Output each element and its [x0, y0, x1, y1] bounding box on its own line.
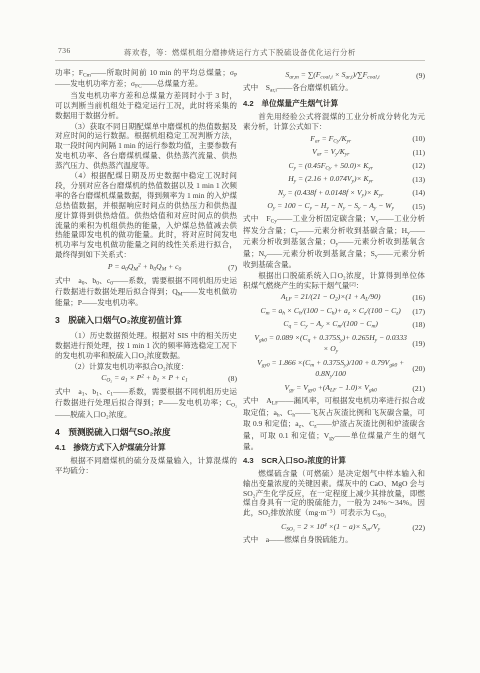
- equation-formula: Cy = (0.45FCy + 50.0)× Kyr: [243, 161, 412, 172]
- equation-number: (17): [412, 307, 425, 317]
- equation-number: (16): [412, 293, 425, 303]
- equation-formula: Vgy = Vgy0 +(ALF − 1.0)× Vgk0: [243, 383, 412, 394]
- section-heading: 3 脱硫入口烟气O₂浓度初值计算: [55, 315, 237, 326]
- equation: Ny = (0.438f + 0.0148f × Vy)× Kyr (14): [243, 188, 425, 199]
- paragraph: 当发电机功率方差和总煤量方差同时小于 3 时，可以判断当前机组处于稳定运行工况，…: [55, 91, 237, 121]
- paragraph: 式中 a0、b0、c0——系数，需要根据不同机组历史运行数据进行数据处理后拟合得…: [55, 276, 237, 309]
- equation: Cq = Cy − Ay × Cm/(100 − Cm) (18): [243, 319, 425, 330]
- equation-number: (21): [412, 384, 425, 394]
- paragraph: 燃煤硫含量（可燃硫）是决定烟气中样本输入和输出变量浓度的关键因素。煤灰中的 Ca…: [243, 469, 425, 520]
- equation: Cy = (0.45FCy + 50.0)× Kyr (12): [243, 161, 425, 172]
- equation-formula: Cq = Cy − Ay × Cm/(100 − Cm): [243, 319, 412, 330]
- equation-number: (18): [412, 320, 425, 330]
- paragraph: 首先用经验公式将混煤的工业分析成分转化为元素分析，计算公式如下：: [243, 112, 425, 132]
- paragraph: 根据不同磨煤机的硫分及煤量输入，计算混煤的平均硫分：: [55, 456, 237, 476]
- equation-number: (12): [412, 161, 425, 171]
- equation-formula: P = a0QM2 + b0QM + c0: [55, 262, 228, 273]
- equation: Far = FCy/Kyr (10): [243, 134, 425, 145]
- equation: Vgy0 = 1.866 ×(Cm + 0.375Sy)/100 + 0.79V…: [243, 358, 425, 381]
- page-header: 736 蒋欢春，等：燃煤机组分磨掺烧运行方式下脱硫设备优化运行分析: [55, 44, 425, 61]
- equation-formula: Hy = (2.16 + 0.074Vy)× Kyr: [243, 174, 412, 185]
- equation-number: (11): [413, 148, 425, 158]
- equation-number: (22): [412, 523, 425, 533]
- equation: Cm = ah × Ch/(100 − Ch)+ az × Cz/(100 − …: [243, 306, 425, 317]
- running-title: 蒋欢春，等：燃煤机组分磨掺烧运行方式下脱硫设备优化运行分析: [55, 47, 425, 58]
- subsection-heading: 4.3 SCR入口SO₂浓度的计算: [243, 456, 425, 466]
- equation-formula: ALF = 21/(21 − O2)×(1 + AL/90): [243, 292, 412, 303]
- equation-formula: Ny = (0.438f + 0.0148f × Vy)× Kyr: [243, 188, 412, 199]
- equation-formula: Vgk0 = 0.089 ×(Cq + 0.375Sy)+ 0.265Hy − …: [243, 333, 412, 356]
- equation-number: (13): [412, 175, 425, 185]
- equation-formula: Oy = 100 − Cy − Hy − Ny − Sy − Ay − Wy: [243, 201, 412, 212]
- equation-formula: CSO₂ = 2 × 104 ×(1 − a)× Sar/Vy: [243, 522, 412, 533]
- equation: Var = Vy/Kyr (11): [243, 147, 425, 158]
- equation: Hy = (2.16 + 0.074Vy)× Kyr (13): [243, 174, 425, 185]
- left-column: 功率；FCm——所取时间前 10 min 的平均总煤量；σP——发电机功率方差；…: [55, 68, 237, 476]
- equation-formula: Sar,m = ∑(Fcoal,i × Sar,i)/∑Fcoal,i: [243, 70, 416, 81]
- equation: CSO₂ = 2 × 104 ×(1 − a)× Sar/Vy (22): [243, 522, 425, 533]
- paragraph: （1）历史数据预处理。根据对 SIS 中的相关历史数据进行预处理，按 1 min…: [55, 331, 237, 361]
- paragraph: 式中 a1、b1、c1——系数，需要根据不同机组历史运行数据进行处理后拟合得到；…: [55, 387, 237, 420]
- equation: CO₂ = a1 × P2 + b1 × P + c1 (8): [55, 373, 237, 384]
- equation: P = a0QM2 + b0QM + c0 (7): [55, 262, 237, 273]
- equation-formula: Cm = ah × Ch/(100 − Ch)+ az × Cz/(100 − …: [243, 306, 412, 317]
- equation-formula: Far = FCy/Kyr: [243, 134, 412, 145]
- equation: Vgy = Vgy0 +(ALF − 1.0)× Vgk0 (21): [243, 383, 425, 394]
- section-heading: 4 预测脱硫入口烟气SO₂浓度: [55, 427, 237, 438]
- equation-number: (14): [412, 188, 425, 198]
- subsection-heading: 4.1 掺烧方式下入炉煤硫分计算: [55, 443, 237, 453]
- equation-formula: Vgy0 = 1.866 ×(Cm + 0.375Sy)/100 + 0.79V…: [243, 358, 412, 381]
- paper-page: 736 蒋欢春，等：燃煤机组分磨掺烧运行方式下脱硫设备优化运行分析 功率；FCm…: [0, 0, 480, 673]
- subsection-heading: 4.2 单位煤量产生烟气计算: [243, 99, 425, 109]
- paragraph: 式中 FCy——工业分析固定碳含量；Vy——工业分析挥发分含量；Cy——元素分析…: [243, 214, 425, 270]
- equation-formula: Var = Vy/Kyr: [243, 147, 413, 158]
- equation: Sar,m = ∑(Fcoal,i × Sar,i)/∑Fcoal,i (9): [243, 70, 425, 81]
- paragraph: （2）计算发电机功率拟合O₂浓度：: [55, 362, 237, 372]
- equation: Vgk0 = 0.089 ×(Cq + 0.375Sy)+ 0.265Hy − …: [243, 333, 425, 356]
- paragraph: 式中 Sar,i——各台磨煤机硫分。: [243, 83, 425, 94]
- equation-number: (19): [412, 339, 425, 349]
- equation: ALF = 21/(21 − O2)×(1 + AL/90) (16): [243, 292, 425, 303]
- paragraph: 功率；FCm——所取时间前 10 min 的平均总煤量；σP——发电机功率方差；…: [55, 68, 237, 91]
- paragraph: 根据出口脱硫系统入口O₂浓度，计算得到单位体积煤气燃烧产生的实际干烟气量[2]：: [243, 271, 425, 291]
- equation-number: (10): [412, 134, 425, 144]
- paragraph: （4）根据配煤日期及历史数据中稳定工况时间段，分别对应各台磨煤机的热值数据以及 …: [55, 171, 237, 260]
- equation-formula: CO₂ = a1 × P2 + b1 × P + c1: [55, 373, 228, 384]
- paragraph: 式中 a——燃煤自身脱硫能力。: [243, 535, 425, 545]
- equation-number: (7): [228, 263, 237, 273]
- equation-number: (20): [412, 364, 425, 374]
- paragraph: 式中 ALF——漏风率，可根据发电机功率进行拟合或取定值；ah、Ch——飞灰占灰…: [243, 396, 425, 452]
- equation-number: (15): [412, 202, 425, 212]
- equation-number: (9): [416, 71, 425, 81]
- paragraph: （3）获取不同日期配煤单中磨煤机的热值数据及对应时间的运行数据。根据机组稳定工况…: [55, 122, 237, 171]
- right-column: Sar,m = ∑(Fcoal,i × Sar,i)/∑Fcoal,i (9) …: [243, 68, 425, 546]
- equation: Oy = 100 − Cy − Hy − Ny − Sy − Ay − Wy (…: [243, 201, 425, 212]
- equation-number: (8): [228, 374, 237, 384]
